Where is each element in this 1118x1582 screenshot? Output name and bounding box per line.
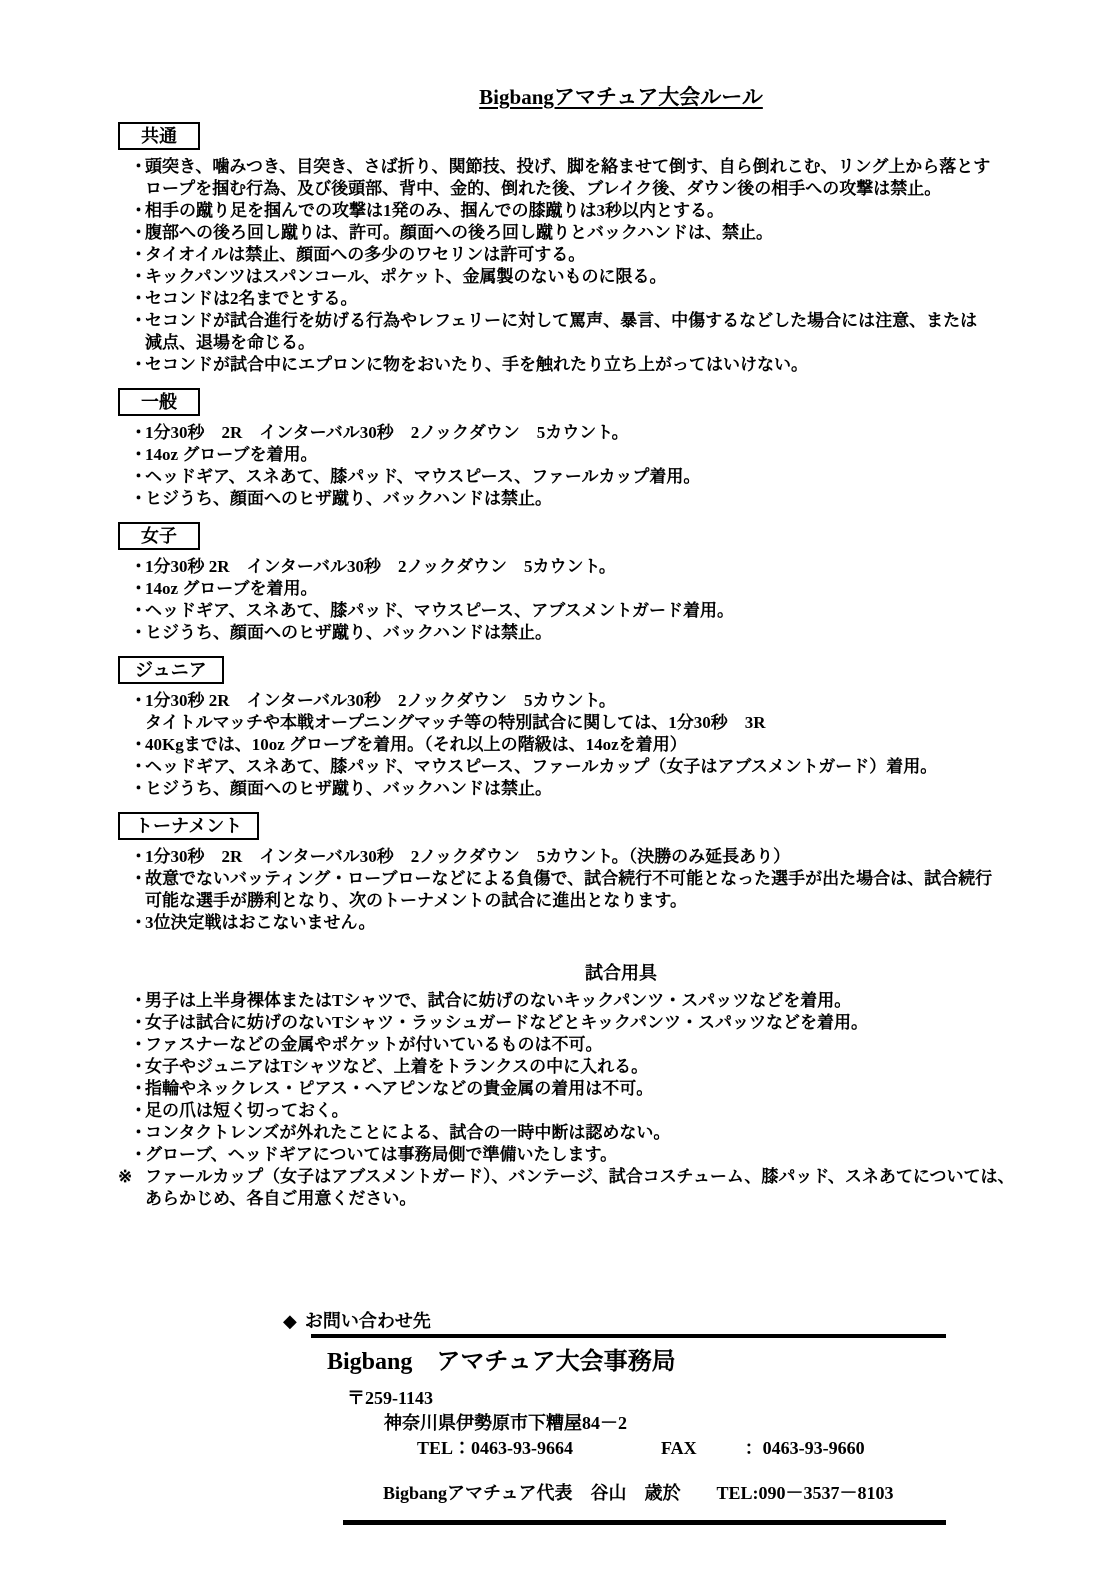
list-item: ※ファールカップ（女子はアブスメントガード）、バンテージ、試合コスチューム、膝パ… [118, 1166, 1040, 1210]
contact-heading: ◆お問い合わせ先 [283, 1310, 1040, 1332]
list-item: ・1分30秒 2R インターバル30秒 2ノックダウン 5カウント。（決勝のみ延… [118, 846, 1040, 868]
contact-tel-fax-row: TEL：0463-93-9664 FAX ：0463-93-9660 [417, 1436, 1040, 1460]
list-item-text: 頭突き、噛みつき、目突き、さば折り、関節技、投げ、脚を絡ませて倒す、自ら倒れこむ… [145, 156, 990, 200]
list-item: ・1分30秒 2R インターバル30秒 2ノックダウン 5カウント。 [118, 422, 1040, 444]
rule-section: ジュニア・1分30秒 2R インターバル30秒 2ノックダウン 5カウント。 タ… [118, 656, 1040, 800]
list-item: ・故意でないバッティング・ローブローなどによる負傷で、試合続行不可能となった選手… [118, 868, 1040, 912]
list-item-text: ヘッドギア、スネあて、膝パッド、マウスピース、ファールカップ（女子はアブスメント… [145, 756, 937, 778]
bullet-marker: ・ [130, 1122, 145, 1144]
list-item-text: ヒジうち、顔面へのヒザ蹴り、バックハンドは禁止。 [145, 488, 552, 510]
bullet-marker: ・ [130, 1056, 145, 1078]
list-item-text: 1分30秒 2R インターバル30秒 2ノックダウン 5カウント。 [145, 556, 616, 578]
bullet-marker: ・ [130, 990, 145, 1012]
contact-fax-label: FAX [661, 1436, 697, 1460]
list-item-text: タイオイルは禁止、顔面への多少のワセリンは許可する。 [145, 244, 585, 266]
list-item: ・足の爪は短く切っておく。 [118, 1100, 1040, 1122]
section-items: ・1分30秒 2R インターバル30秒 2ノックダウン 5カウント。・14oz … [118, 422, 1040, 510]
list-item: ・ヘッドギア、スネあて、膝パッド、マウスピース、アブスメントガード着用。 [118, 600, 1040, 622]
list-item-text: 女子やジュニアはTシャツなど、上着をトランクスの中に入れる。 [145, 1056, 648, 1078]
bullet-marker: ・ [130, 466, 145, 488]
bullet-marker: ・ [130, 1100, 145, 1122]
list-item-text: グローブ、ヘッドギアについては事務局側で準備いたします。 [145, 1144, 617, 1166]
list-item-text: ヒジうち、顔面へのヒザ蹴り、バックハンドは禁止。 [145, 622, 552, 644]
list-item: ・ヘッドギア、スネあて、膝パッド、マウスピース、ファールカップ（女子はアブスメン… [118, 756, 1040, 778]
list-item-text: キックパンツはスパンコール、ポケット、金属製のないものに限る。 [145, 266, 667, 288]
bullet-marker: ・ [130, 600, 145, 622]
list-item: ・キックパンツはスパンコール、ポケット、金属製のないものに限る。 [118, 266, 1040, 288]
list-item: ・1分30秒 2R インターバル30秒 2ノックダウン 5カウント。 タイトルマ… [118, 690, 1040, 734]
list-item: ・ヒジうち、顔面へのヒザ蹴り、バックハンドは禁止。 [118, 488, 1040, 510]
bullet-marker: ・ [130, 222, 145, 244]
section-heading: トーナメント [118, 812, 259, 840]
bullet-marker: ・ [130, 912, 145, 934]
list-item: ・女子やジュニアはTシャツなど、上着をトランクスの中に入れる。 [118, 1056, 1040, 1078]
bullet-marker: ・ [130, 488, 145, 510]
bullet-marker: ・ [130, 1012, 145, 1034]
equipment-items: ・男子は上半身裸体またはTシャツで、試合に妨げのないキックパンツ・スパッツなどを… [118, 990, 1040, 1210]
bullet-marker: ・ [130, 734, 145, 756]
contact-postal-code: 〒259-1143 [347, 1386, 1040, 1410]
list-item: ・ファスナーなどの金属やポケットが付いているものは不可。 [118, 1034, 1040, 1056]
list-item-text: 腹部への後ろ回し蹴りは、許可。顔面への後ろ回し蹴りとバックハンドは、禁止。 [145, 222, 773, 244]
equipment-heading: 試合用具 [160, 962, 1082, 984]
list-item-text: 14oz グローブを着用。 [145, 444, 317, 466]
list-item: ・セコンドは2名までとする。 [118, 288, 1040, 310]
bullet-marker: ・ [130, 578, 145, 600]
document-page: Bigbangアマチュア大会ルール 共通・頭突き、噛みつき、目突き、さば折り、関… [0, 0, 1118, 1582]
rule-section: トーナメント・1分30秒 2R インターバル30秒 2ノックダウン 5カウント。… [118, 812, 1040, 934]
list-item-text: 3位決定戦はおこないません。 [145, 912, 376, 934]
list-item: ・セコンドが試合中にエプロンに物をおいたり、手を触れたり立ち上がってはいけない。 [118, 354, 1040, 376]
contact-heading-text: お問い合わせ先 [305, 1311, 431, 1331]
list-item-text: コンタクトレンズが外れたことによる、試合の一時中断は認めない。 [145, 1122, 670, 1144]
bullet-marker: ・ [130, 354, 145, 376]
bullet-marker: ・ [130, 422, 145, 444]
list-item-text: 14oz グローブを着用。 [145, 578, 317, 600]
rule-section: 女子・1分30秒 2R インターバル30秒 2ノックダウン 5カウント。・14o… [118, 522, 1040, 644]
list-item-text: 40Kgまでは、10oz グローブを着用。（それ以上の階級は、14ozを着用） [145, 734, 687, 756]
list-item: ・男子は上半身裸体またはTシャツで、試合に妨げのないキックパンツ・スパッツなどを… [118, 990, 1040, 1012]
list-item-text: 1分30秒 2R インターバル30秒 2ノックダウン 5カウント。（決勝のみ延長… [145, 846, 790, 868]
section-items: ・頭突き、噛みつき、目突き、さば折り、関節技、投げ、脚を絡ませて倒す、自ら倒れこ… [118, 156, 1040, 376]
list-item-text: 男子は上半身裸体またはTシャツで、試合に妨げのないキックパンツ・スパッツなどを着… [145, 990, 851, 1012]
contact-org: Bigbang アマチュア大会事務局 [327, 1347, 1040, 1377]
list-item-text: セコンドが試合中にエプロンに物をおいたり、手を触れたり立ち上がってはいけない。 [145, 354, 808, 376]
list-item: ・頭突き、噛みつき、目突き、さば折り、関節技、投げ、脚を絡ませて倒す、自ら倒れこ… [118, 156, 1040, 200]
sections: 共通・頭突き、噛みつき、目突き、さば折り、関節技、投げ、脚を絡ませて倒す、自ら倒… [118, 122, 1040, 934]
list-item-text: ヒジうち、顔面へのヒザ蹴り、バックハンドは禁止。 [145, 778, 552, 800]
bullet-marker: ・ [130, 1144, 145, 1166]
list-item: ・14oz グローブを着用。 [118, 444, 1040, 466]
page-title: Bigbangアマチュア大会ルール [160, 84, 1082, 110]
list-item: ・40Kgまでは、10oz グローブを着用。（それ以上の階級は、14ozを着用） [118, 734, 1040, 756]
section-items: ・1分30秒 2R インターバル30秒 2ノックダウン 5カウント。 タイトルマ… [118, 690, 1040, 800]
bullet-marker: ・ [130, 444, 145, 466]
bullet-marker: ・ [130, 556, 145, 578]
rule-section: 共通・頭突き、噛みつき、目突き、さば折り、関節技、投げ、脚を絡ませて倒す、自ら倒… [118, 122, 1040, 376]
list-item: ・ヒジうち、顔面へのヒザ蹴り、バックハンドは禁止。 [118, 778, 1040, 800]
section-heading: ジュニア [118, 656, 224, 684]
bullet-marker: ・ [130, 244, 145, 266]
bullet-marker: ・ [130, 310, 145, 354]
list-item-text: 女子は試合に妨げのないTシャツ・ラッシュガードなどとキックパンツ・スパッツなどを… [145, 1012, 868, 1034]
contact-fax-value: ：0463-93-9660 [745, 1436, 865, 1460]
list-item-text: 相手の蹴り足を掴んでの攻撃は1発のみ、掴んでの膝蹴りは3秒以内とする。 [145, 200, 724, 222]
bullet-marker: ・ [130, 622, 145, 644]
note-marker: ※ [118, 1166, 145, 1210]
list-item-text: セコンドは2名までとする。 [145, 288, 358, 310]
list-item: ・指輪やネックレス・ピアス・ヘアピンなどの貴金属の着用は不可。 [118, 1078, 1040, 1100]
contact-representative: Bigbangアマチュア代表 谷山 歳於 TEL:090－3537－8103 [383, 1481, 1040, 1505]
section-heading: 共通 [118, 122, 200, 150]
list-item: ・14oz グローブを着用。 [118, 578, 1040, 600]
contact-tel: TEL：0463-93-9664 [417, 1436, 573, 1460]
section-heading: 女子 [118, 522, 200, 550]
list-item: ・相手の蹴り足を掴んでの攻撃は1発のみ、掴んでの膝蹴りは3秒以内とする。 [118, 200, 1040, 222]
rule-section: 一般・1分30秒 2R インターバル30秒 2ノックダウン 5カウント。・14o… [118, 388, 1040, 510]
list-item-text: 故意でないバッティング・ローブローなどによる負傷で、試合続行不可能となった選手が… [145, 868, 992, 912]
contact-bottom-rule [343, 1520, 946, 1525]
list-item-text: 指輪やネックレス・ピアス・ヘアピンなどの貴金属の着用は不可。 [145, 1078, 653, 1100]
list-item: ・3位決定戦はおこないません。 [118, 912, 1040, 934]
list-item: ・腹部への後ろ回し蹴りは、許可。顔面への後ろ回し蹴りとバックハンドは、禁止。 [118, 222, 1040, 244]
page-title-text: Bigbangアマチュア大会ルール [479, 85, 763, 109]
list-item-text: ヘッドギア、スネあて、膝パッド、マウスピース、アブスメントガード着用。 [145, 600, 734, 622]
diamond-icon: ◆ [283, 1310, 297, 1332]
contact-top-rule [311, 1334, 946, 1338]
list-item-text: セコンドが試合進行を妨げる行為やレフェリーに対して罵声、暴言、中傷するなどした場… [145, 310, 977, 354]
bullet-marker: ・ [130, 266, 145, 288]
list-item-text: 足の爪は短く切っておく。 [145, 1100, 349, 1122]
bullet-marker: ・ [130, 868, 145, 912]
section-items: ・1分30秒 2R インターバル30秒 2ノックダウン 5カウント。・14oz … [118, 556, 1040, 644]
section-heading: 一般 [118, 388, 200, 416]
list-item-text: ファスナーなどの金属やポケットが付いているものは不可。 [145, 1034, 602, 1056]
list-item-text: 1分30秒 2R インターバル30秒 2ノックダウン 5カウント。 タイトルマッ… [145, 690, 766, 734]
bullet-marker: ・ [130, 200, 145, 222]
bullet-marker: ・ [130, 846, 145, 868]
bullet-marker: ・ [130, 778, 145, 800]
list-item: ・タイオイルは禁止、顔面への多少のワセリンは許可する。 [118, 244, 1040, 266]
bullet-marker: ・ [130, 756, 145, 778]
list-item: ・コンタクトレンズが外れたことによる、試合の一時中断は認めない。 [118, 1122, 1040, 1144]
contact-address: 神奈川県伊勢原市下糟屋84－2 [384, 1411, 1040, 1435]
bullet-marker: ・ [130, 690, 145, 734]
bullet-marker: ・ [130, 156, 145, 200]
list-item: ・グローブ、ヘッドギアについては事務局側で準備いたします。 [118, 1144, 1040, 1166]
section-items: ・1分30秒 2R インターバル30秒 2ノックダウン 5カウント。（決勝のみ延… [118, 846, 1040, 934]
list-item: ・女子は試合に妨げのないTシャツ・ラッシュガードなどとキックパンツ・スパッツなど… [118, 1012, 1040, 1034]
contact-block: ◆お問い合わせ先 Bigbang アマチュア大会事務局 〒259-1143 神奈… [118, 1310, 1040, 1525]
bullet-marker: ・ [130, 288, 145, 310]
list-item: ・ヒジうち、顔面へのヒザ蹴り、バックハンドは禁止。 [118, 622, 1040, 644]
list-item-text: ヘッドギア、スネあて、膝パッド、マウスピース、ファールカップ着用。 [145, 466, 700, 488]
list-item: ・ヘッドギア、スネあて、膝パッド、マウスピース、ファールカップ着用。 [118, 466, 1040, 488]
bullet-marker: ・ [130, 1034, 145, 1056]
list-item: ・セコンドが試合進行を妨げる行為やレフェリーに対して罵声、暴言、中傷するなどした… [118, 310, 1040, 354]
list-item: ・1分30秒 2R インターバル30秒 2ノックダウン 5カウント。 [118, 556, 1040, 578]
list-item-text: 1分30秒 2R インターバル30秒 2ノックダウン 5カウント。 [145, 422, 629, 444]
bullet-marker: ・ [130, 1078, 145, 1100]
list-item-text: ファールカップ（女子はアブスメントガード）、バンテージ、試合コスチューム、膝パッ… [145, 1166, 1015, 1210]
